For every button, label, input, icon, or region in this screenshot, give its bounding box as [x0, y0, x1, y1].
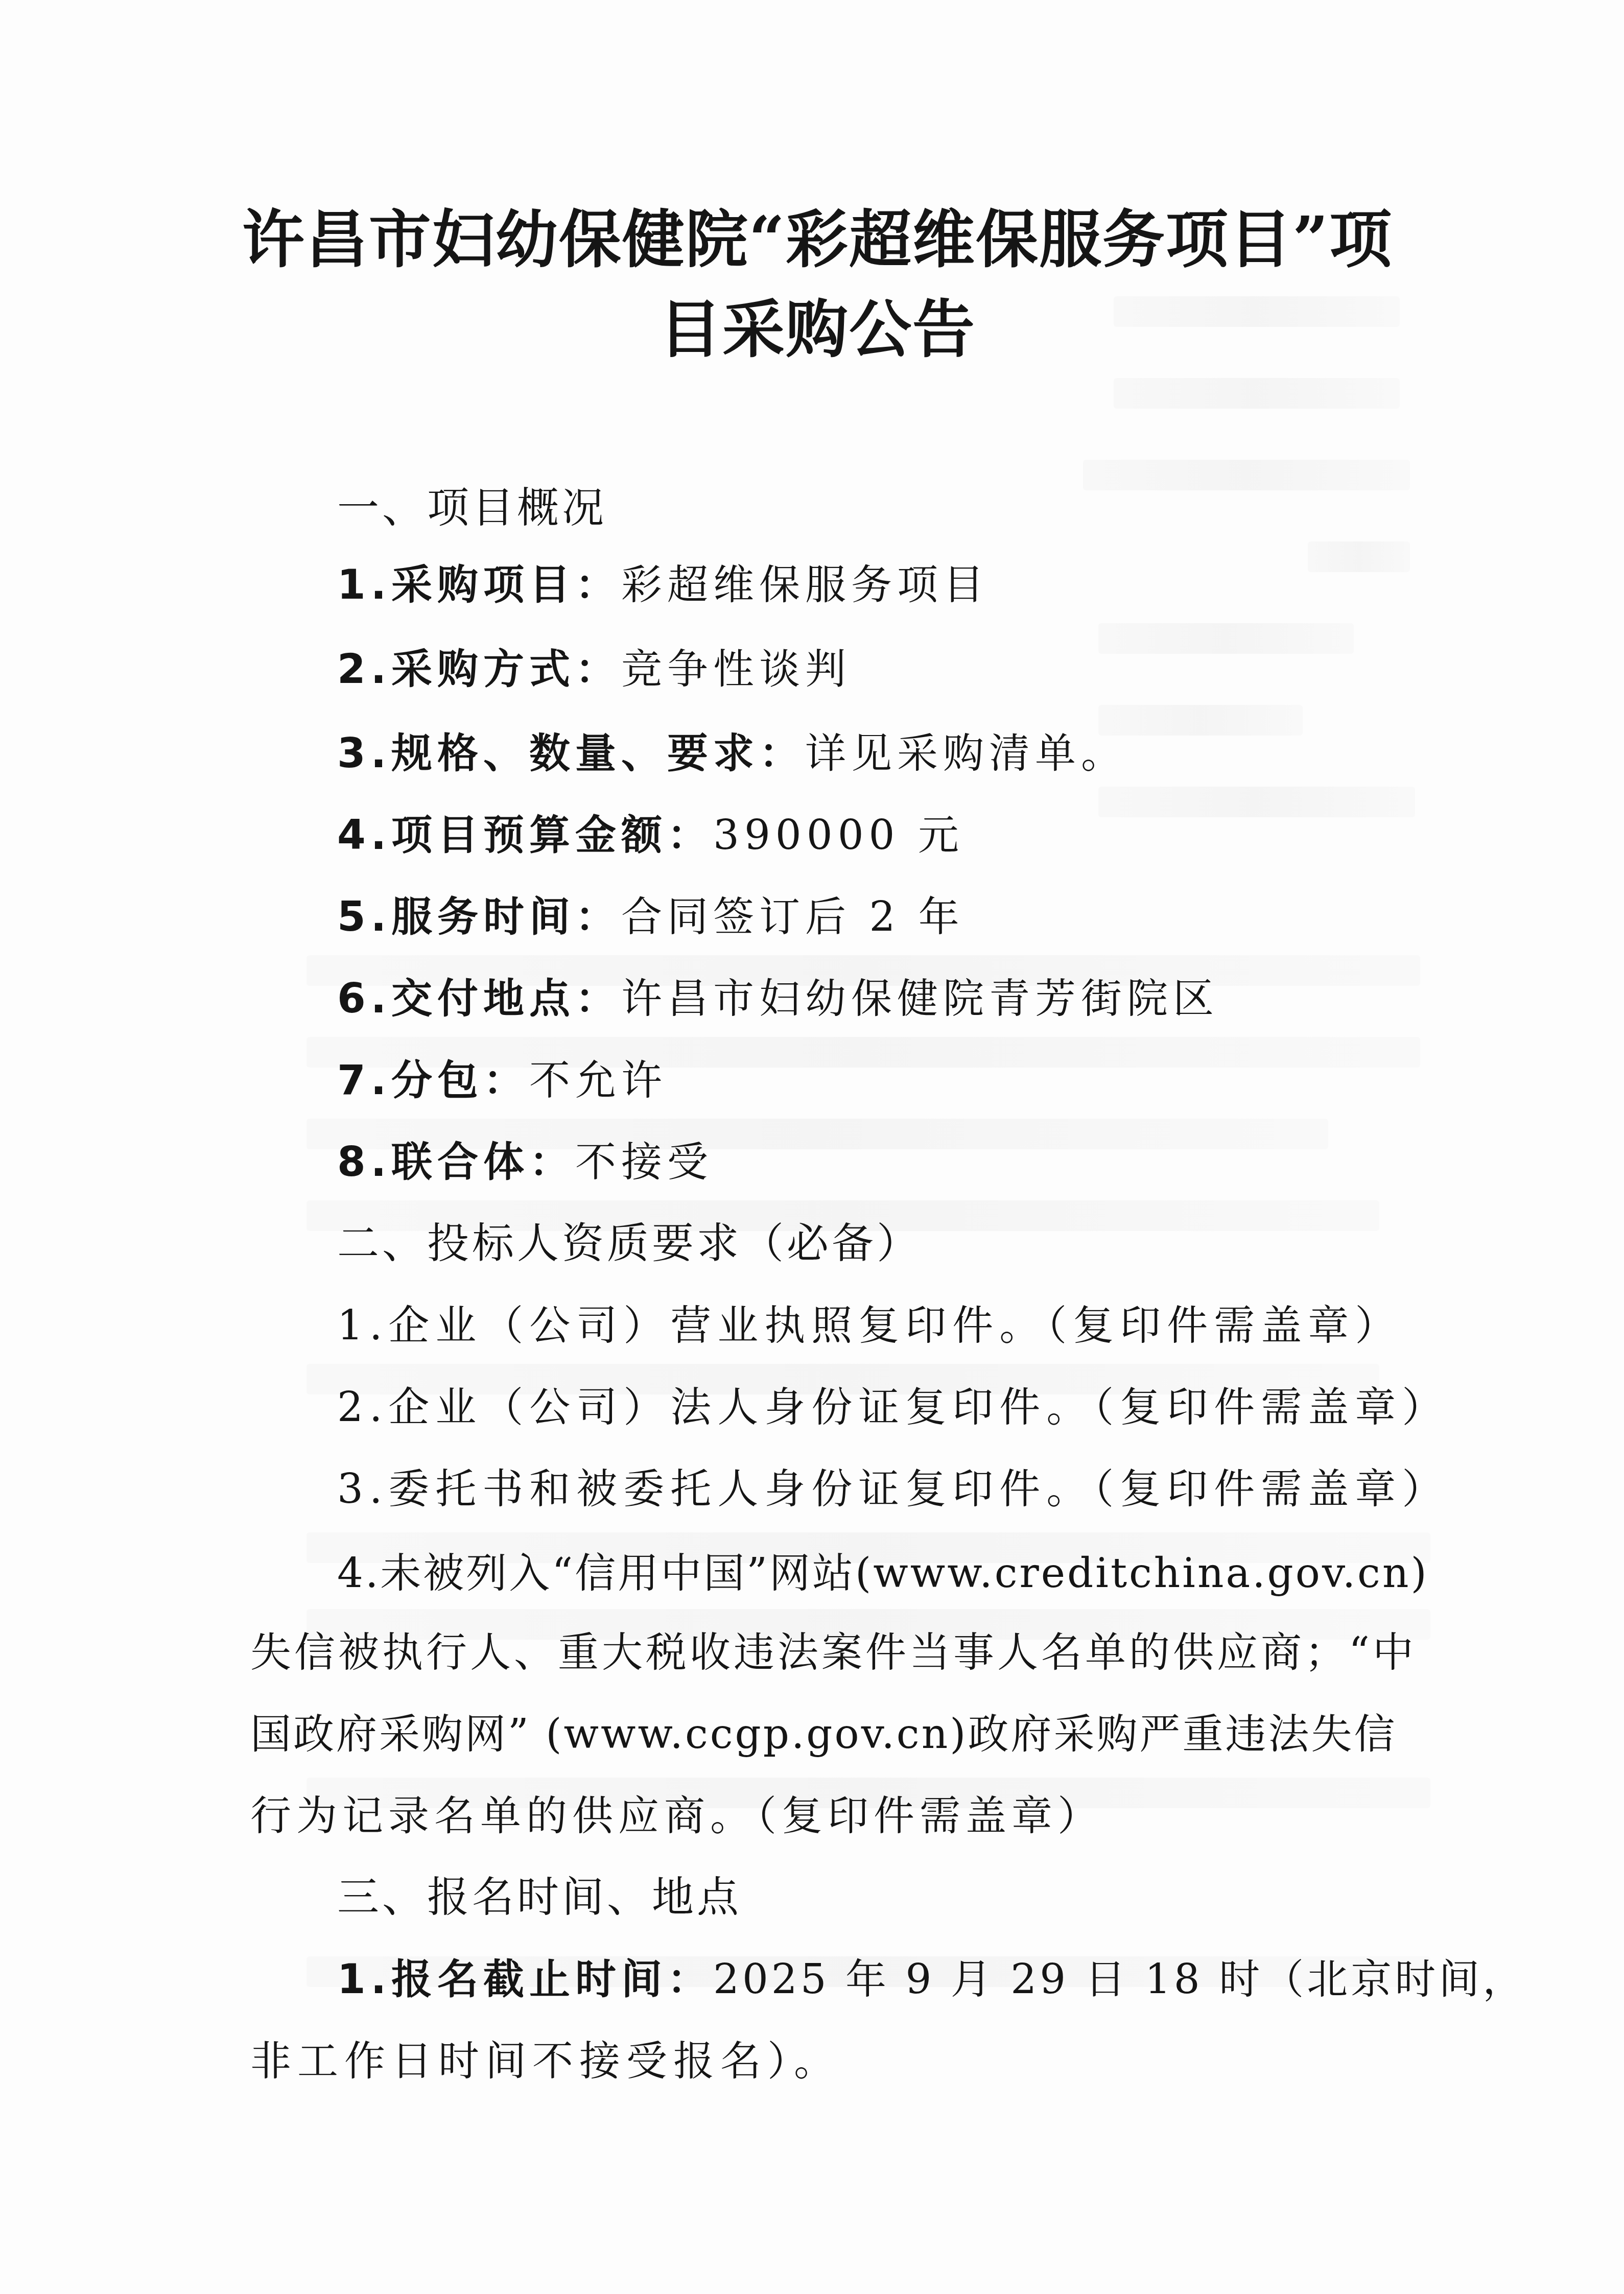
item-label: 8.联合体： — [337, 1138, 575, 1186]
qualification-credit-line-1: 4.未被列入“信用中国”网站(www.creditchina.gov.cn) — [337, 1548, 1429, 1599]
item-value: 390000 元 — [713, 811, 964, 859]
item-delivery-location: 6.交付地点：许昌市妇幼保健院青芳街院区 — [337, 973, 1219, 1024]
qualification-business-license: 1.企业（公司）营业执照复印件。（复印件需盖章） — [337, 1300, 1402, 1351]
item-value: 2025 年 9 月 29 日 18 时（北京时间， — [713, 1955, 1526, 2003]
registration-deadline-continuation: 非工作日时间不接受报名）。 — [250, 2036, 841, 2087]
document-title: 许昌市妇幼保健院“彩超维保服务项目”项 目采购公告 — [235, 194, 1400, 374]
item-value: 竞争性谈判 — [621, 645, 851, 693]
item-value: 不接受 — [575, 1138, 713, 1186]
section-heading-project-overview: 一、项目概况 — [337, 483, 607, 534]
item-label: 7.分包： — [337, 1056, 529, 1104]
qualification-credit-line-2: 失信被执行人、重大税收违法案件当事人名单的供应商；“中 — [250, 1627, 1417, 1678]
section-heading-registration-time-place: 三、报名时间、地点 — [337, 1872, 742, 1923]
item-value: 合同签订后 2 年 — [621, 893, 964, 940]
procurement-announcement: 许昌市妇幼保健院“彩超维保服务项目”项 目采购公告 — [245, 194, 1390, 374]
section-heading-bidder-qualifications: 二、投标人资质要求（必备） — [337, 1218, 922, 1269]
qualification-credit-line-4: 行为记录名单的供应商。（复印件需盖章） — [250, 1790, 1103, 1841]
item-label: 5.服务时间： — [337, 893, 621, 940]
qualification-authorization-letter: 3.委托书和被委托人身份证复印件。（复印件需盖章） — [337, 1463, 1449, 1515]
qualification-legal-rep-id: 2.企业（公司）法人身份证复印件。（复印件需盖章） — [337, 1382, 1449, 1433]
item-value: 许昌市妇幼保健院青芳街院区 — [621, 975, 1219, 1022]
item-procurement-project: 1.采购项目：彩超维保服务项目 — [337, 559, 989, 610]
item-value: 彩超维保服务项目 — [621, 561, 989, 608]
item-subcontracting: 7.分包：不允许 — [337, 1055, 667, 1106]
item-specifications: 3.规格、数量、要求：详见采购清单。 — [337, 728, 1127, 779]
item-label: 1.采购项目： — [337, 561, 621, 608]
item-registration-deadline: 1.报名截止时间：2025 年 9 月 29 日 18 时（北京时间， — [337, 1954, 1526, 2005]
item-label: 2.采购方式： — [337, 645, 621, 693]
item-service-time: 5.服务时间：合同签订后 2 年 — [337, 891, 964, 942]
title-line-2: 目采购公告 — [235, 284, 1400, 374]
item-label: 1.报名截止时间： — [337, 1955, 713, 2003]
item-label: 3.规格、数量、要求： — [337, 729, 805, 777]
item-budget-amount: 4.项目预算金额：390000 元 — [337, 810, 964, 861]
item-label: 6.交付地点： — [337, 975, 621, 1022]
qualification-credit-line-3: 国政府采购网” (www.ccgp.gov.cn)政府采购严重违法失信 — [250, 1709, 1397, 1760]
title-line-1: 许昌市妇幼保健院“彩超维保服务项目”项 — [235, 194, 1400, 284]
item-label: 4.项目预算金额： — [337, 811, 713, 859]
item-value: 不允许 — [529, 1056, 667, 1104]
item-value: 详见采购清单。 — [805, 729, 1127, 777]
item-consortium: 8.联合体：不接受 — [337, 1137, 713, 1188]
item-procurement-method: 2.采购方式：竞争性谈判 — [337, 644, 851, 695]
